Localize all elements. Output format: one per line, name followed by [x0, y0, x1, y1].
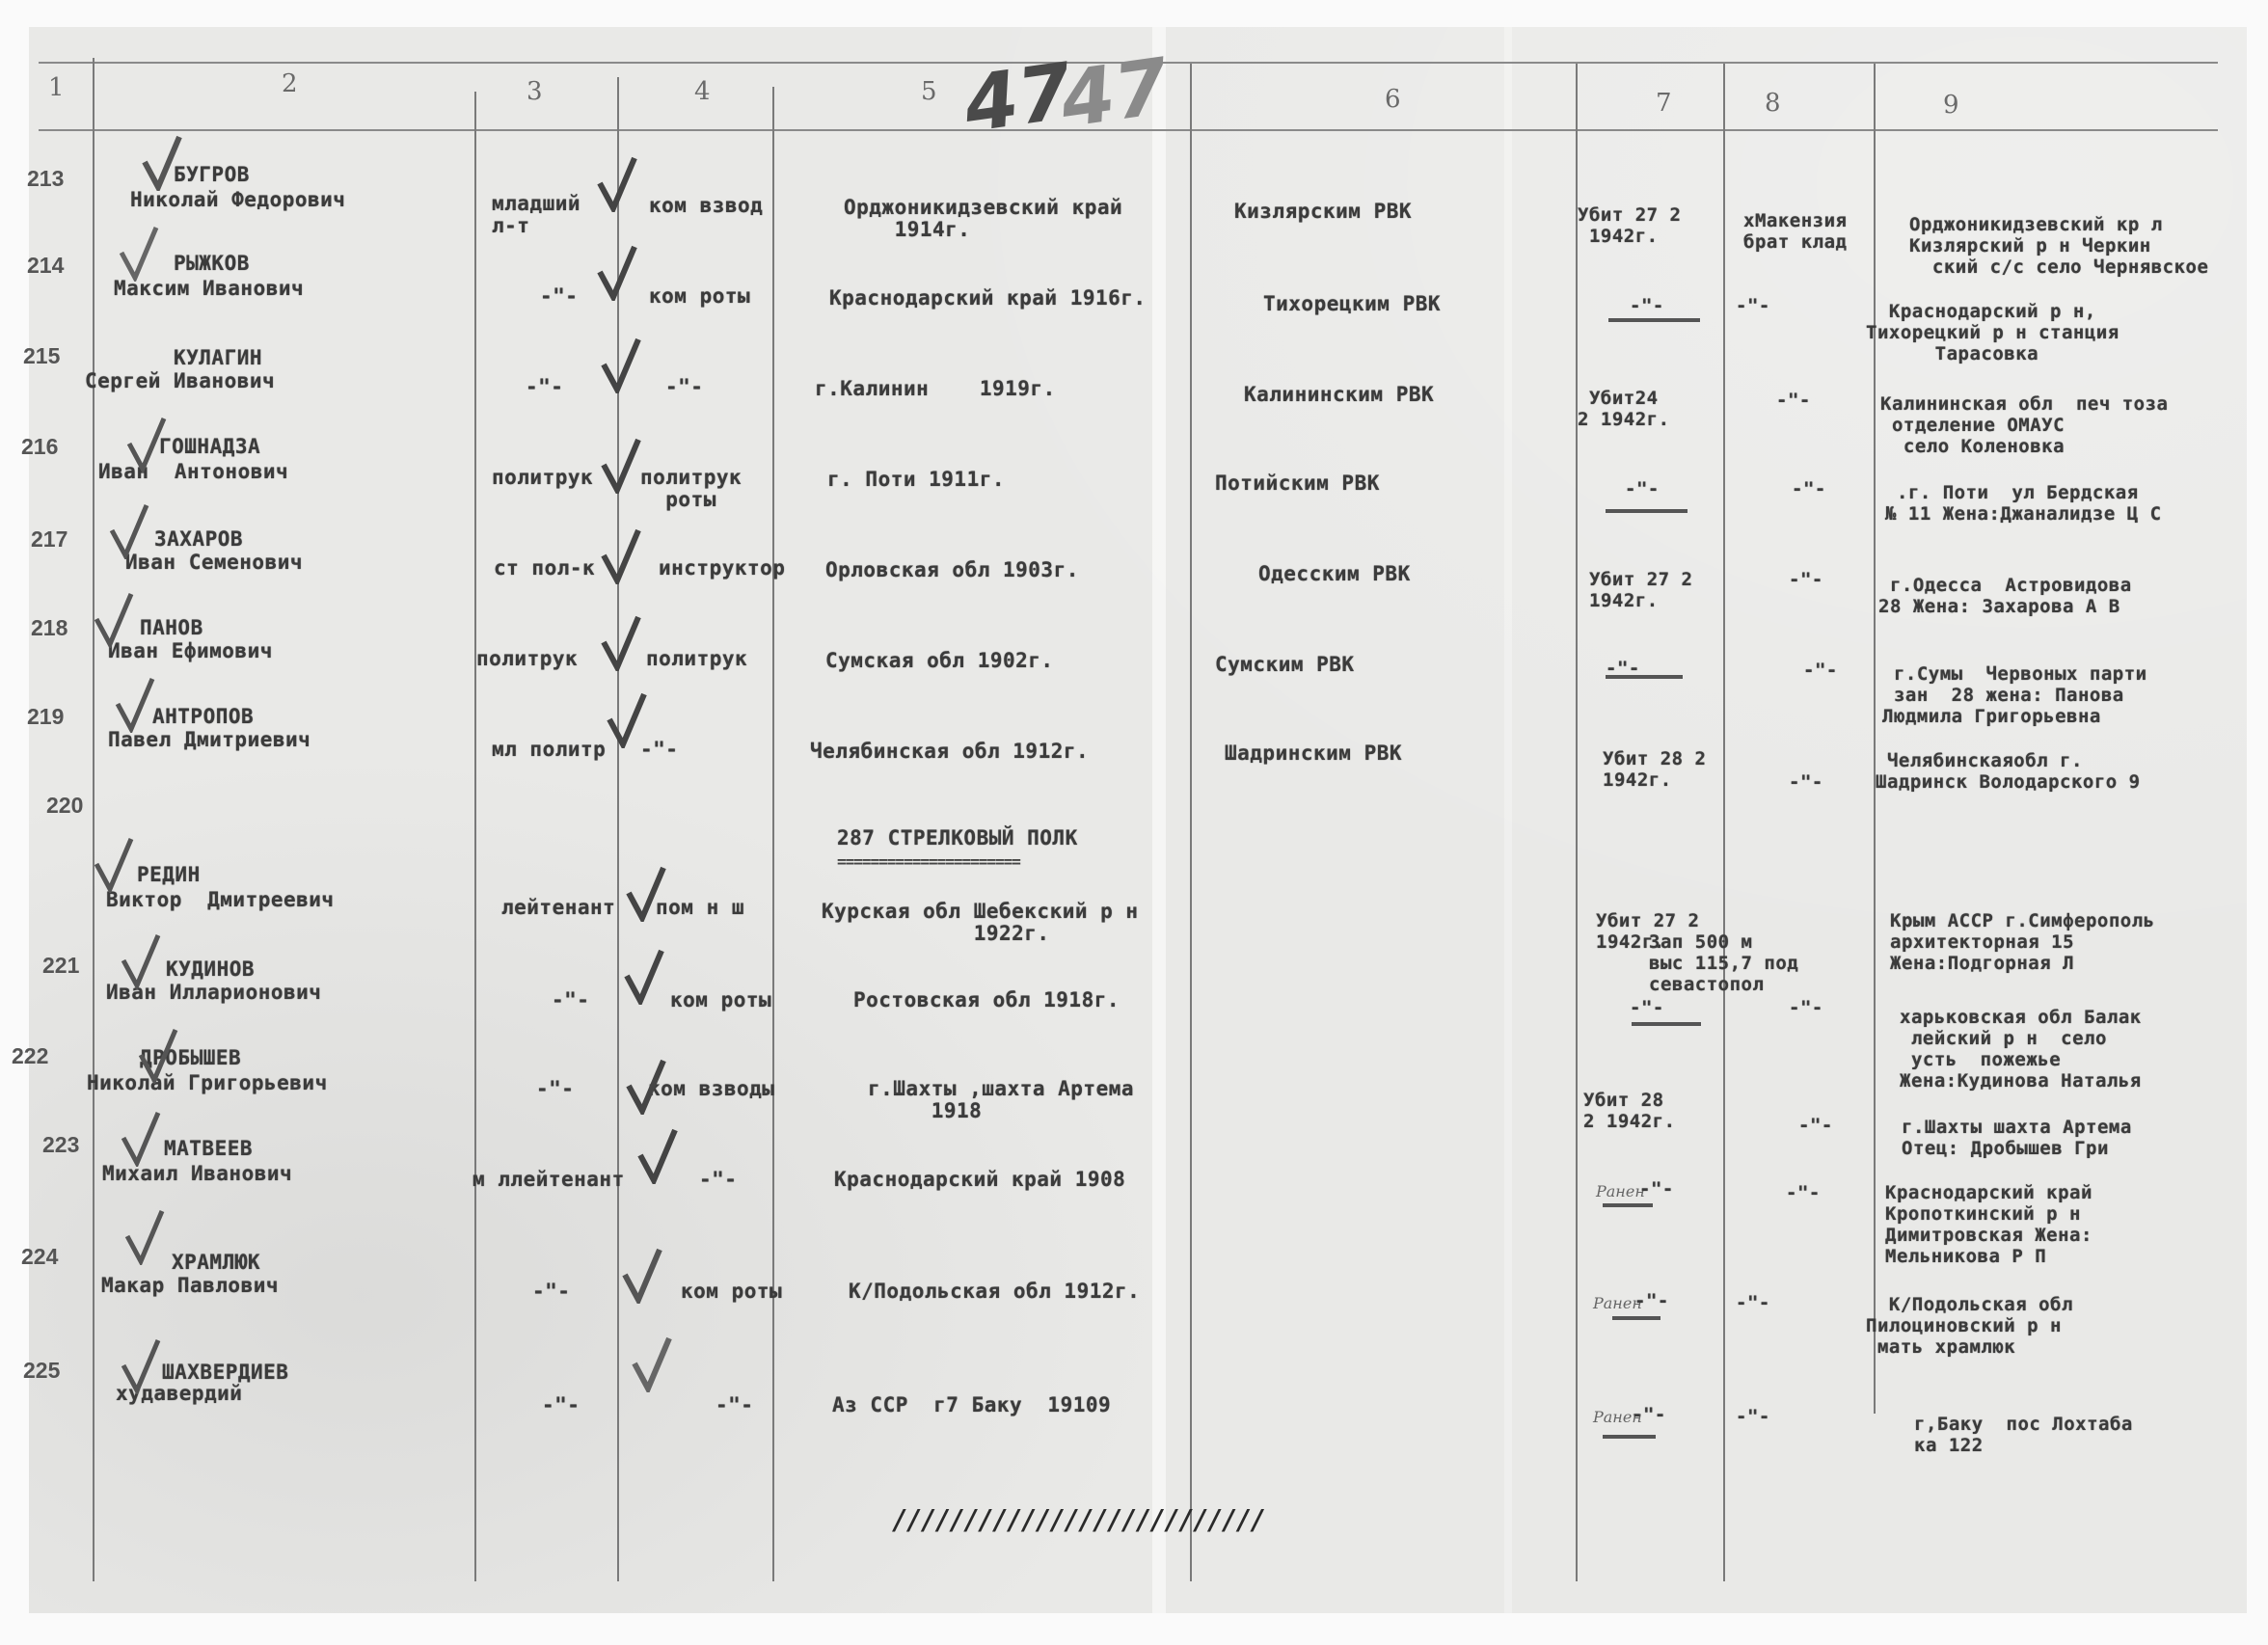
burial-place: -"- [1792, 478, 1826, 499]
rank: -"- [532, 1281, 570, 1303]
check-mark-icon [120, 1336, 162, 1394]
section-heading: 287 СТРЕЛКОВЫЙ ПОЛК [837, 827, 1078, 849]
burial-place: -"- [1789, 997, 1823, 1018]
column-number: 2 [282, 69, 298, 98]
check-mark-icon [93, 835, 135, 893]
strike-underline [1606, 509, 1687, 513]
row-number: 218 [31, 615, 67, 641]
full-name: Сергей Иванович [85, 370, 275, 392]
rank: -"- [552, 989, 589, 1011]
fate: Убит24 2 1942г. [1578, 388, 1670, 430]
check-mark-icon [123, 1207, 166, 1265]
column-divider [617, 77, 619, 1581]
column-number: 8 [1765, 89, 1781, 118]
burial-place: -"- [1736, 1292, 1770, 1313]
relative-address: г,Баку пос Лохтаба ка 122 [1914, 1414, 2133, 1456]
surname: ГОШНАДЗА [159, 436, 260, 458]
burial-place: -"- [1789, 569, 1823, 590]
row-number: 219 [27, 704, 64, 730]
surname: БУГРОВ [174, 164, 250, 186]
full-name: Николай Федорович [130, 189, 345, 211]
strike-underline [1606, 675, 1683, 679]
paper-fold [1504, 27, 1512, 1613]
birth-info: Челябинская обл 1912г. [810, 741, 1089, 763]
relative-address: Краснодарский р н, Тихорецкий р н станци… [1866, 301, 2119, 364]
birth-info: Аз ССР г7 Баку 19109 [832, 1394, 1111, 1416]
check-mark-icon [120, 931, 162, 989]
check-mark-icon [93, 590, 135, 648]
strike-underline [1632, 1022, 1701, 1026]
row-number: 216 [21, 434, 58, 460]
surname: АНТРОПОВ [152, 706, 254, 728]
column-number: 6 [1385, 85, 1401, 114]
row-number: 225 [23, 1358, 60, 1384]
check-mark-icon [600, 613, 642, 671]
surname: ЗАХАРОВ [154, 528, 243, 551]
check-mark-icon [623, 947, 665, 1005]
row-number: 213 [27, 166, 64, 192]
burial-place: -"- [1736, 295, 1770, 316]
row-number: 220 [46, 793, 83, 819]
row-number: 224 [21, 1244, 58, 1270]
column-divider [1576, 64, 1578, 1581]
check-mark-icon [625, 1057, 667, 1115]
fate: -"- [1639, 1178, 1674, 1200]
column-divider [1190, 64, 1192, 1581]
relative-address: Калининская обл печ тоза отделение ОМАУС… [1880, 393, 2168, 457]
surname: ПАНОВ [140, 617, 203, 639]
conscription-office: Одесским РВК [1258, 563, 1411, 585]
position: ком взвод [649, 195, 763, 217]
rank: -"- [526, 376, 563, 398]
surname: КУДИНОВ [166, 958, 255, 981]
check-mark-icon [621, 1246, 663, 1304]
relative-address: Краснодарский край Кропоткинский р н Дим… [1885, 1182, 2092, 1267]
relative-address: г.Одесса Астровидова 28 Жена: Захарова А… [1878, 575, 2132, 617]
relative-address: г.Сумы Червоных парти зан 28 жена: Панов… [1882, 663, 2147, 727]
check-mark-icon [625, 864, 667, 922]
end-of-list-mark: ////////////////////////// [892, 1504, 1264, 1536]
row-number: 221 [42, 953, 79, 979]
check-mark-icon [600, 436, 642, 494]
full-name: Виктор Дмитреевич [106, 889, 335, 911]
burial-place: -"- [1798, 1115, 1833, 1136]
check-mark-icon [631, 1335, 673, 1392]
column-number: 7 [1656, 89, 1672, 118]
column-number: 4 [694, 77, 711, 106]
position: -"- [715, 1394, 753, 1416]
conscription-office: Потийским РВК [1215, 472, 1380, 495]
fate: -"- [1625, 478, 1660, 499]
position: ком роты [649, 285, 750, 308]
relative-address: харьковская обл Балак лейский р н село у… [1900, 1007, 2142, 1092]
strike-underline [1603, 1435, 1656, 1439]
strike-underline [1608, 318, 1700, 322]
check-mark-icon [606, 690, 648, 748]
check-mark-icon [114, 675, 156, 733]
column-divider [474, 92, 476, 1581]
row-number: 217 [31, 526, 67, 553]
conscription-office: Шадринским РВК [1225, 742, 1402, 765]
check-mark-icon [120, 1109, 162, 1167]
check-mark-icon [600, 526, 642, 584]
position: ком роты [670, 989, 771, 1011]
rank: -"- [536, 1078, 574, 1100]
position: ком роты [681, 1281, 782, 1303]
fate: -"- [1632, 1404, 1666, 1425]
conscription-office: Калининским РВК [1244, 384, 1434, 406]
burial-place: -"- [1789, 771, 1823, 793]
conscription-office: Сумским РВК [1215, 654, 1355, 676]
row-number: 215 [23, 343, 60, 369]
rank: политрук [492, 467, 593, 489]
birth-info: Краснодарский край 1916г. [829, 287, 1147, 310]
surname: МАТВЕЕВ [164, 1138, 253, 1160]
handwritten-note: Ранен [1596, 1182, 1645, 1200]
burial-place: хМакензия брат клад [1743, 210, 1847, 253]
strike-underline [1603, 1203, 1653, 1207]
check-mark-icon [108, 501, 150, 559]
relative-address: г.Шахты шахта Артема Отец: Дробышев Гри [1902, 1117, 2132, 1159]
birth-info: Краснодарский край 1908 [834, 1169, 1125, 1191]
check-mark-icon [118, 224, 160, 282]
full-name: Николай Григорьевич [87, 1072, 328, 1094]
paper-fold [1152, 27, 1166, 1613]
position: -"- [699, 1169, 737, 1191]
check-mark-icon [596, 154, 638, 212]
rank: ст пол-к [494, 557, 595, 580]
position: -"- [665, 376, 703, 398]
burial-place: -"- [1736, 1406, 1770, 1427]
burial-place: -"- [1776, 390, 1811, 411]
birth-info: г.Калинин 1919г. [815, 378, 1056, 400]
column-divider [1723, 64, 1725, 1581]
relative-address: Челябинскаяобл г. Шадринск Володарского … [1876, 750, 2141, 793]
strike-underline [1612, 1316, 1660, 1320]
check-mark-icon [600, 336, 642, 393]
rank: м ллейтенант [472, 1169, 625, 1191]
burial-place: Зап 500 м выс 115,7 под севастопол [1649, 931, 1798, 995]
handwritten-sheet-number-pencil: 47 [1055, 41, 1174, 146]
birth-info: Орджоникидзевский край 1914г. [844, 197, 1122, 241]
position: политрук роты [640, 467, 742, 511]
rank: политрук [476, 648, 578, 670]
position: пом н ш [656, 897, 744, 919]
birth-info: К/Подольская обл 1912г. [849, 1281, 1140, 1303]
fate: Убит 28 2 1942г. [1603, 748, 1706, 791]
check-mark-icon [141, 133, 183, 191]
burial-place: -"- [1803, 660, 1838, 681]
column-divider [772, 87, 774, 1581]
row-number: 214 [27, 253, 64, 279]
row-number: 222 [12, 1043, 48, 1069]
surname: РЫЖКОВ [174, 253, 250, 275]
surname: ШАХВЕРДИЕВ [162, 1362, 288, 1384]
relative-address: К/Подольская обл Пилоциновский р н мать … [1866, 1294, 2073, 1358]
check-mark-icon [596, 243, 638, 301]
birth-info: Ростовская обл 1918г. [853, 989, 1120, 1011]
position: инструктор [659, 557, 785, 580]
relative-address: .г. Поти ул Бердская № 11 Жена:Джаналидз… [1885, 482, 2162, 525]
check-mark-icon [125, 415, 168, 472]
column-number: 1 [48, 73, 65, 102]
conscription-office: Тихорецким РВК [1263, 293, 1441, 315]
fate: Убит 27 2 1942г. [1589, 569, 1692, 611]
fate: -"- [1634, 1290, 1669, 1311]
fate: -"- [1630, 997, 1664, 1018]
surname: КУЛАГИН [174, 347, 262, 369]
rank: -"- [542, 1394, 580, 1416]
check-mark-icon [636, 1126, 679, 1184]
rank: лейтенант [501, 897, 615, 919]
column-number: 3 [526, 77, 543, 106]
fate: Убит 27 2 1942г. [1578, 204, 1681, 247]
full-name: Макар Павлович [101, 1275, 279, 1297]
fate: -"- [1630, 295, 1664, 316]
rank: младший л-т [492, 193, 580, 237]
relative-address: Крым АССР г.Симферополь архитекторная 15… [1890, 910, 2155, 974]
birth-info: Орловская обл 1903г. [825, 559, 1079, 581]
burial-place: -"- [1786, 1182, 1821, 1203]
check-mark-icon [137, 1026, 179, 1084]
birth-info: Курская обл Шебекский р н 1922г. [822, 901, 1139, 945]
birth-info: г.Шахты ,шахта Артема 1918 [868, 1078, 1134, 1122]
row-number: 223 [42, 1132, 79, 1158]
rank: -"- [540, 285, 578, 308]
column-divider [1874, 64, 1876, 1414]
rank: мл политр [492, 739, 606, 761]
full-name: Иван Семенович [125, 552, 303, 574]
surname: РЕДИН [137, 864, 201, 886]
column-number: 9 [1943, 91, 1959, 120]
column-number: 5 [921, 77, 937, 106]
conscription-office: Кизлярским РВК [1234, 201, 1412, 223]
section-heading-rule: ====================== [837, 852, 1020, 871]
birth-info: Сумская обл 1902г. [825, 650, 1054, 672]
fate: Убит 28 2 1942г. [1583, 1090, 1676, 1132]
column-divider [93, 58, 94, 1581]
position: политрук [646, 648, 747, 670]
birth-info: г. Поти 1911г. [827, 469, 1005, 491]
surname: ХРАМЛЮК [172, 1252, 260, 1274]
relative-address: Орджоникидзевский кр л Кизлярский р н Че… [1909, 214, 2208, 278]
